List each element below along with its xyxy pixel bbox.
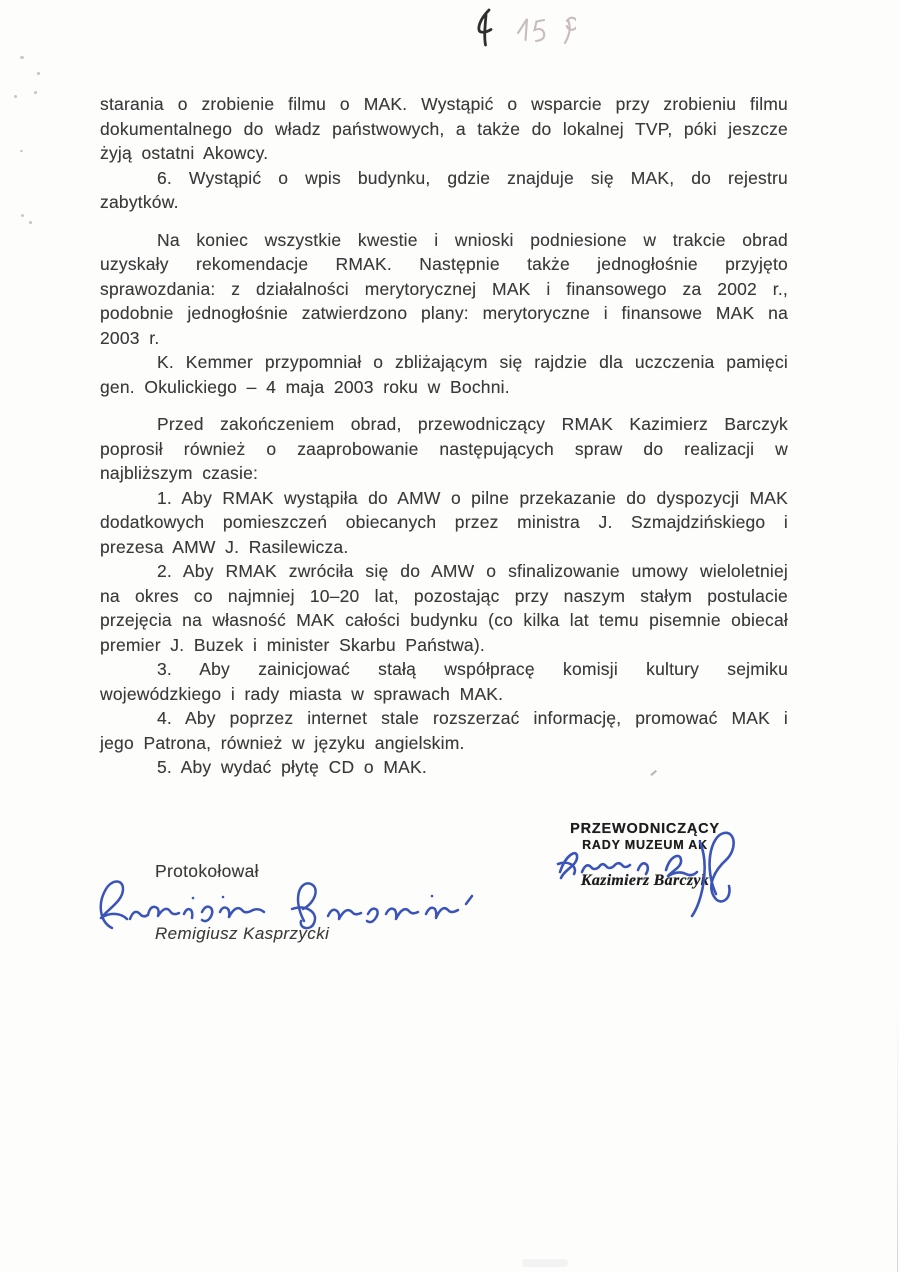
- paragraph: Przed zakończeniem obrad, przewodniczący…: [100, 412, 788, 486]
- scan-speck: [34, 91, 37, 94]
- paragraph: Na koniec wszystkie kwestie i wnioski po…: [100, 228, 788, 351]
- handwritten-signature-barczyk: [548, 824, 753, 920]
- scan-smudge: [522, 1259, 568, 1267]
- scan-speck: [14, 95, 17, 98]
- scan-speck: [20, 56, 24, 59]
- paragraph: K. Kemmer przypomniał o zbliżającym się …: [100, 350, 788, 399]
- paragraph: 3. Aby zainicjować stałą współpracę komi…: [100, 657, 788, 706]
- scan-speck: [21, 214, 24, 217]
- scan-edge-line: [897, 1000, 899, 1272]
- scan-speck: [20, 150, 23, 152]
- scan-speck: [37, 72, 40, 75]
- paragraph: 5. Aby wydać płytę CD o MAK.: [100, 755, 788, 780]
- handwritten-archive-number: [514, 10, 576, 46]
- handwritten-page-number: [472, 6, 502, 48]
- paragraph: 4. Aby poprzez internet stale rozszerzać…: [100, 706, 788, 755]
- paragraph: starania o zrobienie filmu o MAK. Wystąp…: [100, 92, 788, 166]
- paragraph: 6. Wystąpić o wpis budynku, gdzie znajdu…: [100, 166, 788, 215]
- paragraph: 1. Aby RMAK wystąpiła do AMW o pilne prz…: [100, 486, 788, 560]
- protocol-author-name: Remigiusz Kasprzycki: [155, 924, 329, 944]
- scan-speck: [29, 221, 32, 224]
- paragraph: 2. Aby RMAK zwróciła się do AMW o sfinal…: [100, 559, 788, 657]
- document-page: starania o zrobienie filmu o MAK. Wystąp…: [0, 0, 900, 1272]
- document-body: starania o zrobienie filmu o MAK. Wystąp…: [100, 92, 788, 780]
